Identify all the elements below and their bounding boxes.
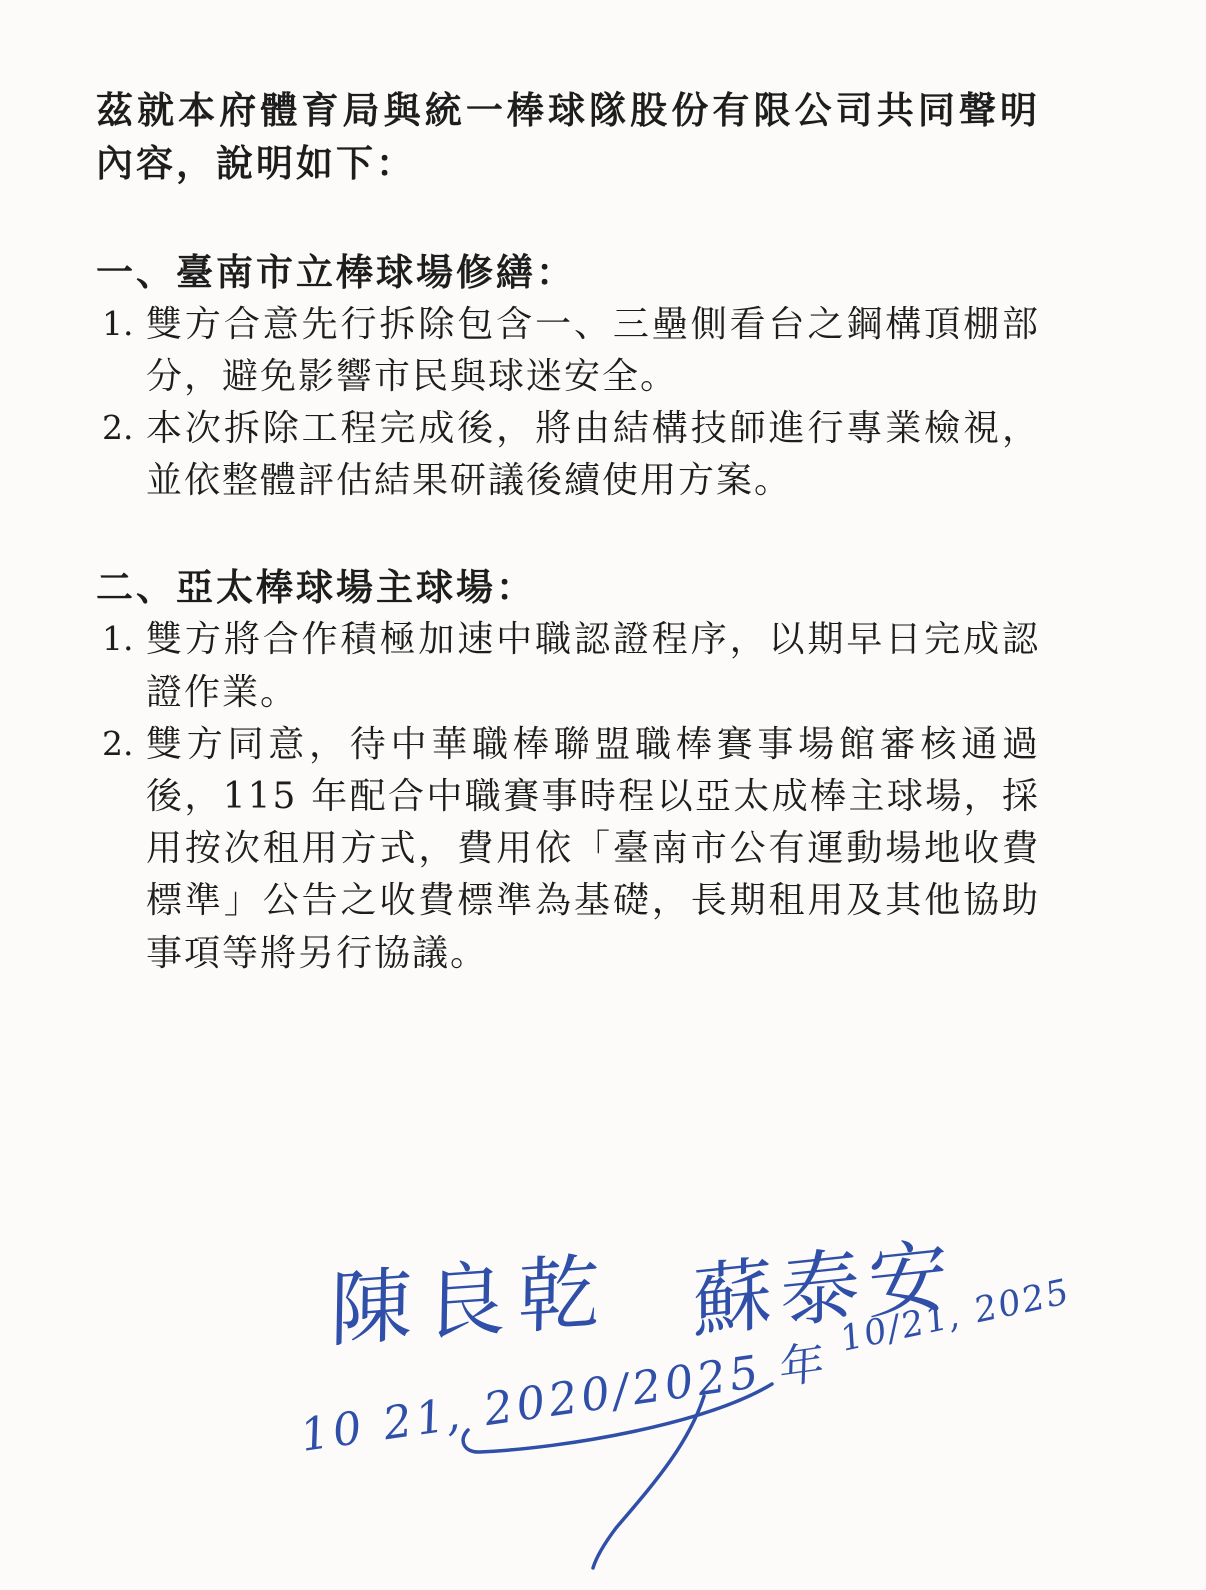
- section-1-list: 雙方合意先行拆除包含一、三壘側看台之鋼構頂棚部分，避免影響市民與球迷安全。 本次…: [96, 299, 1040, 508]
- list-item-text: 雙方合意先行拆除包含一、三壘側看台之鋼構頂棚部分，避免影響市民與球迷安全。: [146, 304, 1040, 397]
- intro-paragraph: 茲就本府體育局與統一棒球隊股份有限公司共同聲明內容，說明如下：: [96, 84, 1040, 190]
- list-item-text: 雙方將合作積極加速中職認證程序，以期早日完成認證作業。: [146, 619, 1040, 712]
- list-item: 雙方將合作積極加速中職認證程序，以期早日完成認證作業。: [146, 614, 1040, 718]
- section-2-heading: 二、亞太棒球場主球場：: [96, 561, 1040, 614]
- section-ballpark-repair: 一、臺南市立棒球場修繕： 雙方合意先行拆除包含一、三壘側看台之鋼構頂棚部分，避免…: [96, 246, 1040, 508]
- list-item: 雙方同意，待中華職棒聯盟職棒賽事場館審核通過後，115 年配合中職賽事時程以亞太…: [146, 719, 1040, 980]
- signature-name-chen: 陳良乾: [329, 1226, 612, 1363]
- section-2-list: 雙方將合作積極加速中職認證程序，以期早日完成認證作業。 雙方同意，待中華職棒聯盟…: [96, 614, 1040, 979]
- list-item: 雙方合意先行拆除包含一、三壘側看台之鋼構頂棚部分，避免影響市民與球迷安全。: [146, 299, 1040, 403]
- scanned-document-page: 茲就本府體育局與統一棒球隊股份有限公司共同聲明內容，說明如下： 一、臺南市立棒球…: [0, 0, 1206, 1590]
- list-item-text: 本次拆除工程完成後，將由結構技師進行專業檢視，並依整體評估結果研議後續使用方案。: [146, 408, 1040, 501]
- section-1-heading: 一、臺南市立棒球場修繕：: [96, 246, 1040, 299]
- list-item: 本次拆除工程完成後，將由結構技師進行專業檢視，並依整體評估結果研議後續使用方案。: [146, 403, 1040, 507]
- section-asia-pacific-stadium: 二、亞太棒球場主球場： 雙方將合作積極加速中職認證程序，以期早日完成認證作業。 …: [96, 561, 1040, 979]
- list-item-text: 雙方同意，待中華職棒聯盟職棒賽事場館審核通過後，115 年配合中職賽事時程以亞太…: [146, 724, 1040, 974]
- document-body: 茲就本府體育局與統一棒球隊股份有限公司共同聲明內容，說明如下： 一、臺南市立棒球…: [0, 0, 1206, 980]
